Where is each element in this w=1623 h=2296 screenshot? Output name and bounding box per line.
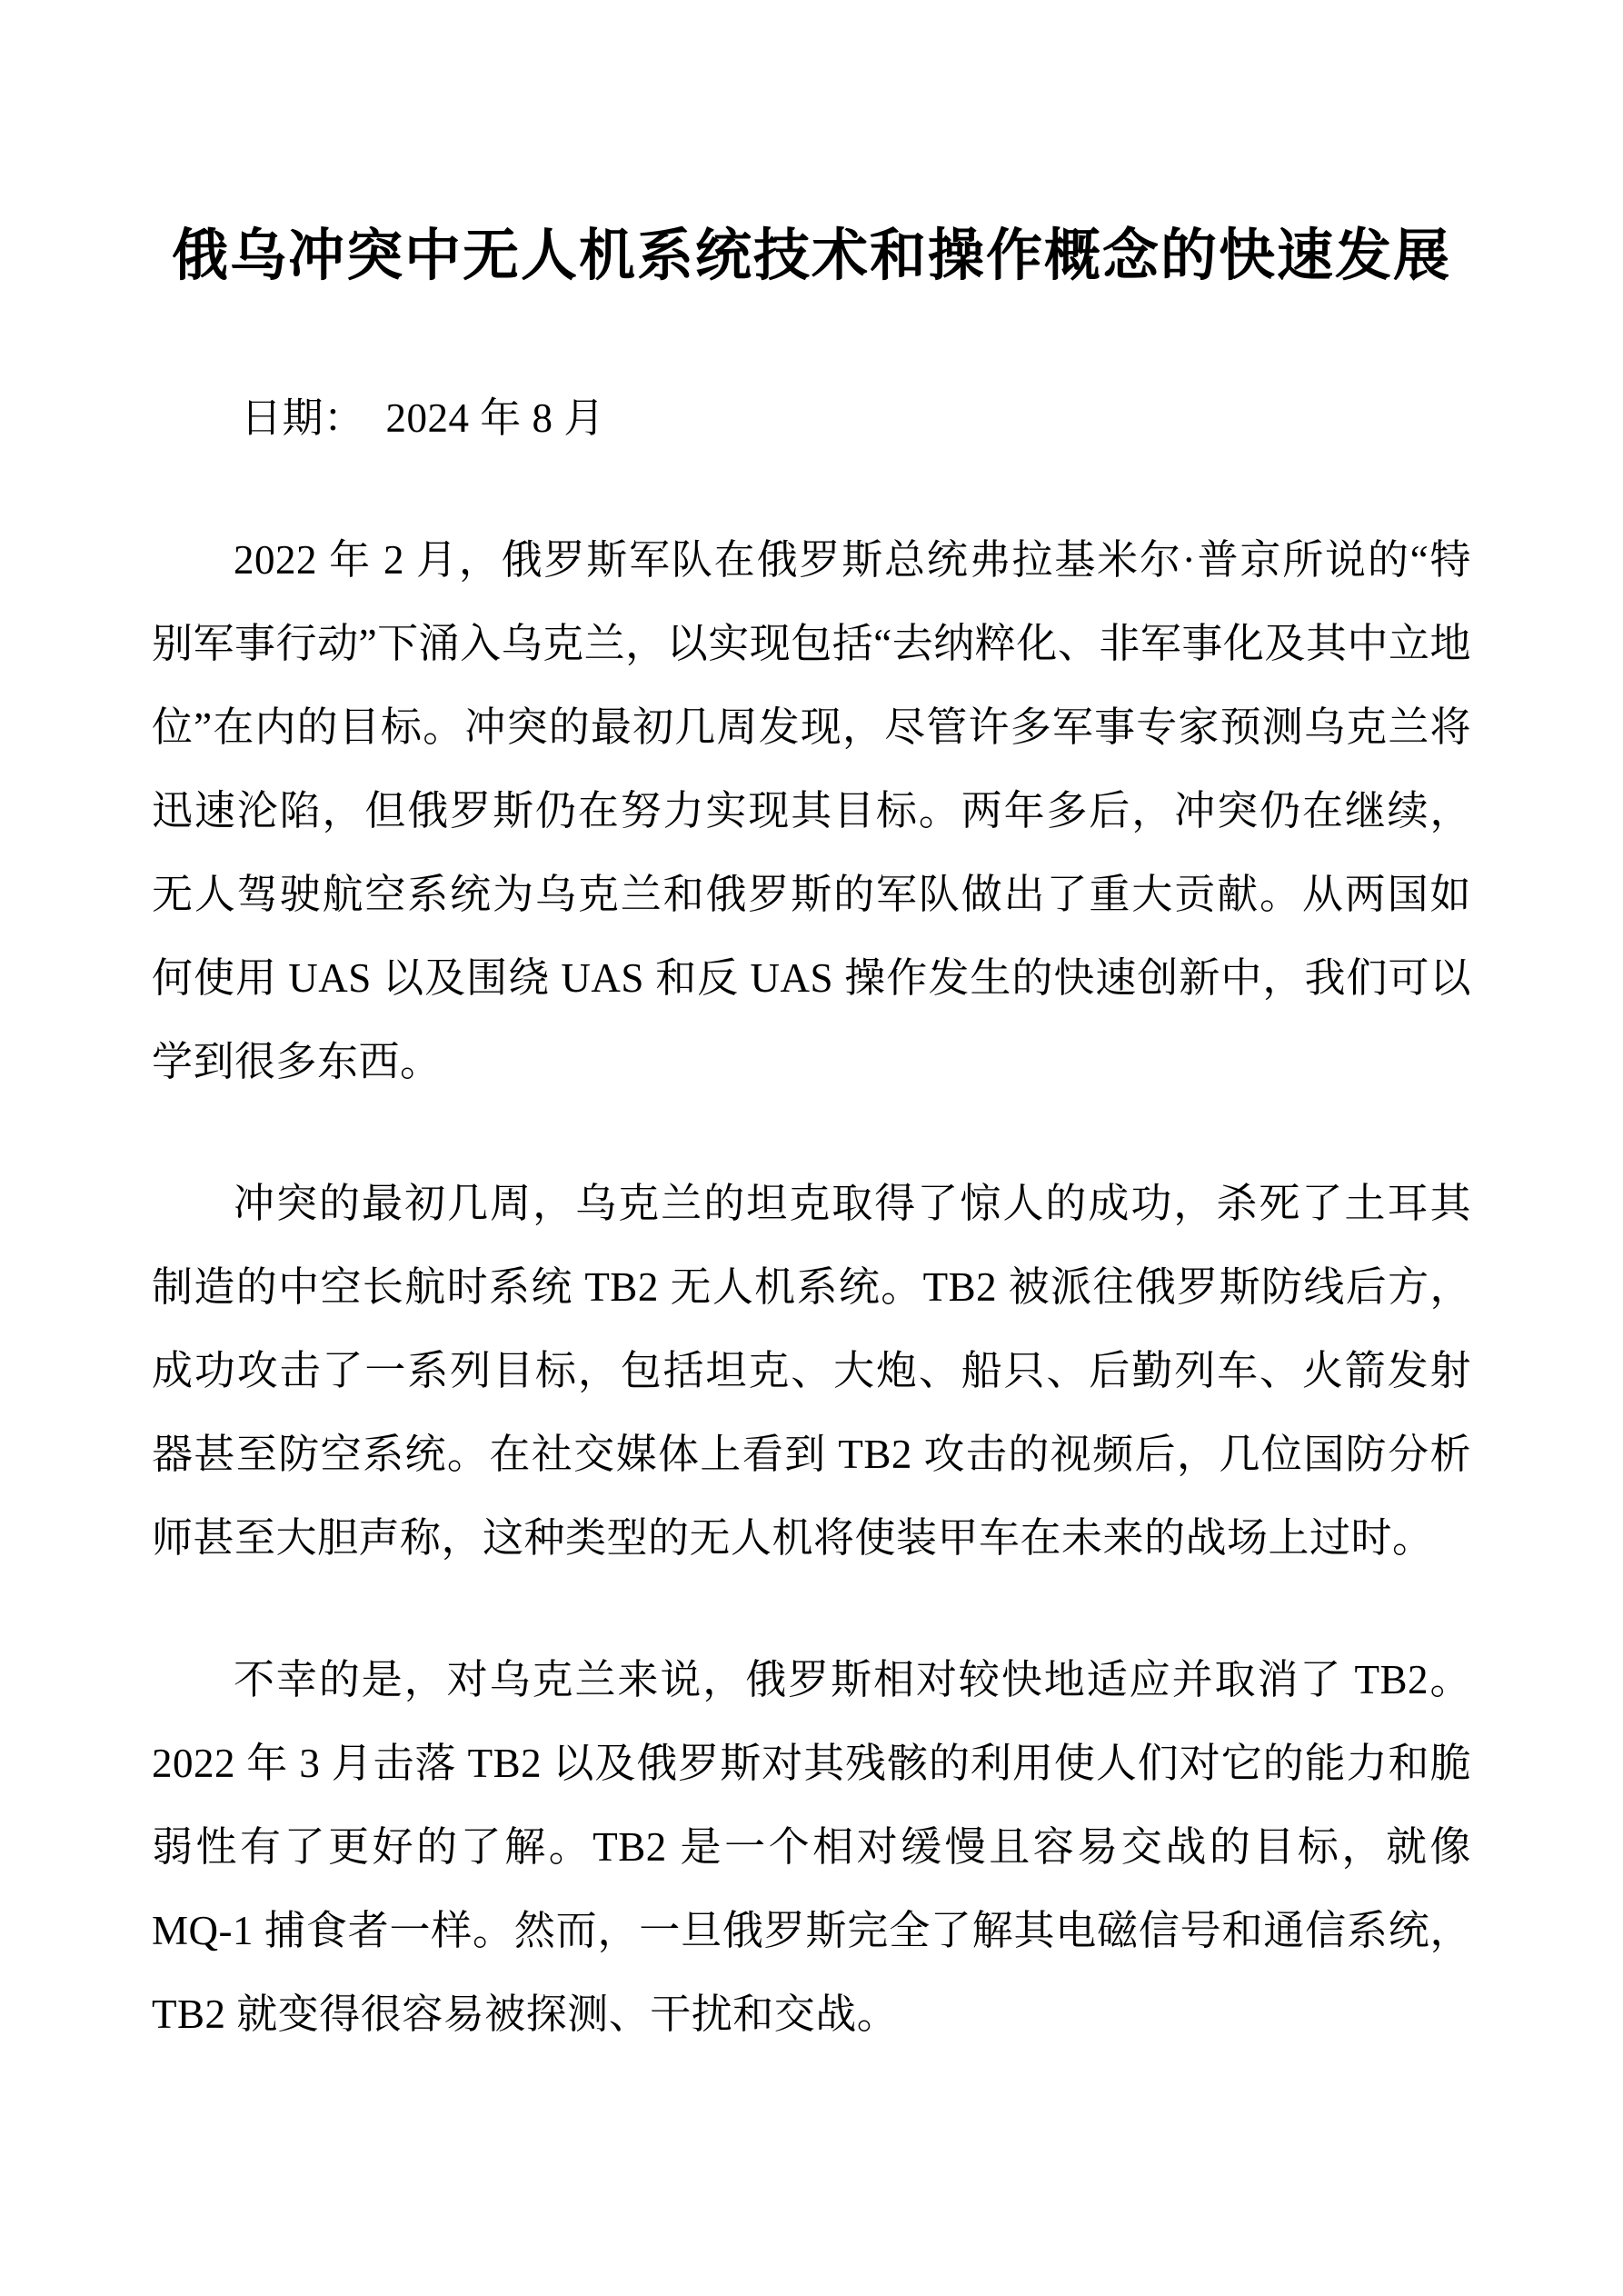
date-line: 日期： 2024 年 8 月 xyxy=(152,376,1471,460)
page-title: 俄乌冲突中无人机系统技术和操作概念的快速发展 xyxy=(152,216,1471,298)
paragraph: 2022 年 2 月，俄罗斯军队在俄罗斯总统弗拉基米尔·普京所说的“特别军事行动… xyxy=(152,518,1471,1103)
paragraph: 冲突的最初几周，乌克兰的坦克取得了惊人的成功，杀死了土耳其制造的中空长航时系统 … xyxy=(152,1162,1471,1580)
document-body: 2022 年 2 月，俄罗斯军队在俄罗斯总统弗拉基米尔·普京所说的“特别军事行动… xyxy=(152,518,1471,2056)
paragraph: 不幸的是，对乌克兰来说，俄罗斯相对较快地适应并取消了 TB2。2022 年 3 … xyxy=(152,1638,1471,2056)
document-page: 俄乌冲突中无人机系统技术和操作概念的快速发展 日期： 2024 年 8 月 20… xyxy=(0,0,1623,2296)
